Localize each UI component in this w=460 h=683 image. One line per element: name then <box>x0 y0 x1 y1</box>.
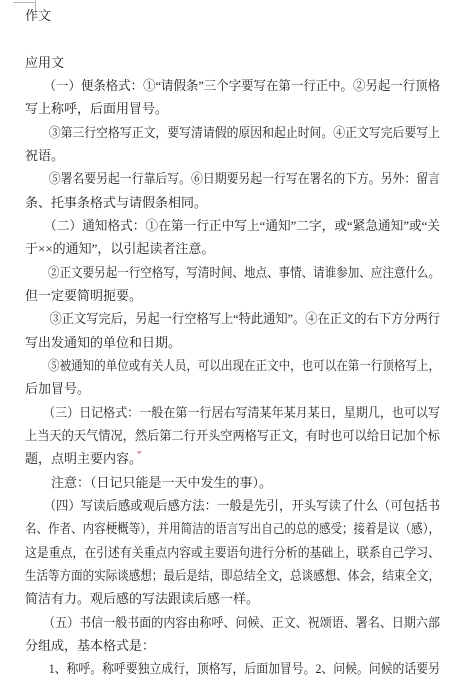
section-title: 应用文 <box>25 51 440 74</box>
text-line: 后加冒号。 <box>25 377 440 400</box>
text-line: 写上称呼，后面用冒号。 <box>25 97 440 120</box>
document-page: 作文 应用文 （一）便条格式：①“请假条”三个字要写在第一行正中。②另起一行顶格… <box>0 0 460 683</box>
text-line: （三）日记格式：一般在第一行居右写清某年某月某日，星期几，也可以写 <box>25 401 440 424</box>
text-line: 但一定要简明扼要。 <box>25 284 440 307</box>
text-line: 名、作者、内容梗概等），并用简洁的语言写出自己的总的感受；接着是议（感）， <box>25 517 440 540</box>
text-line: 这是重点，在引述有关重点内容或主要语句进行分析的基础上，联系自己学习、 <box>25 541 440 564</box>
text-line: 写出发通知的单位和日期。 <box>25 331 440 354</box>
text-line: 于××的通知”，以引起读者注意。 <box>25 237 440 260</box>
text-line: （四）写读后感或观后感方法：一般是先引，开头写读了什么（可包括书 <box>25 494 440 517</box>
text-line: （二）通知格式：①在第一行正中写上“通知”二字，或“紧急通知”或“关 <box>25 214 440 237</box>
text-line: （一）便条格式：①“请假条”三个字要写在第一行正中。②另起一行顶格 <box>25 74 440 97</box>
text-line: 注意：（日记只能是一天中发生的事）。 <box>25 471 440 494</box>
text-line: 简洁有力。观后感的写法跟读后感一样。 <box>25 587 440 610</box>
page-title: 作文 <box>25 4 440 27</box>
text-line: ⑤被通知的单位或有关人员，可以出现在正文中，也可以在第一行顶格写上， <box>25 354 440 377</box>
text-line: 1、称呼。称呼要独立成行，顶格写，后面加冒号。2、问候。问候的话要另 <box>25 657 440 680</box>
text-line: ③第三行空格写正文，要写清请假的原因和起止时间。④正文写完后要写上 <box>25 121 440 144</box>
text-line: ③正文写完后，另起一行空格写上“特此通知”。④在正文的右下方分两行 <box>25 307 440 330</box>
text-line: 条、托事条格式与请假条相同。 <box>25 191 440 214</box>
text-line: ②正文要另起一行空格写，写清时间、地点、事情、请谁参加、应注意什么。 <box>25 261 440 284</box>
text-line: 题，点明主要内容。 <box>25 447 440 470</box>
document-text-area[interactable]: 作文 应用文 （一）便条格式：①“请假条”三个字要写在第一行正中。②另起一行顶格… <box>25 4 440 681</box>
revision-check-mark: ˇ <box>136 452 143 465</box>
blank-line <box>25 27 440 50</box>
text-line: 祝语。 <box>25 144 440 167</box>
text-line: （五）书信一般书面的内容由称呼、问候、正文、祝颂语、署名、日期六部 <box>25 611 440 634</box>
text-line: ⑤署名要另起一行靠后写。⑥日期要另起一行写在署名的下方。另外：留言 <box>25 167 440 190</box>
text-boundary-mark-horizontal <box>13 2 36 3</box>
text-line: 上当天的天气情况，然后第二行开头空两格写正文，有时也可以给日记加个标 <box>25 424 440 447</box>
text-line: 生活等方面的实际谈感想；最后是结，即总结全文，总谈感想、体会，结束全文， <box>25 564 440 587</box>
text-line: 分组成，基本格式是： <box>25 634 440 657</box>
